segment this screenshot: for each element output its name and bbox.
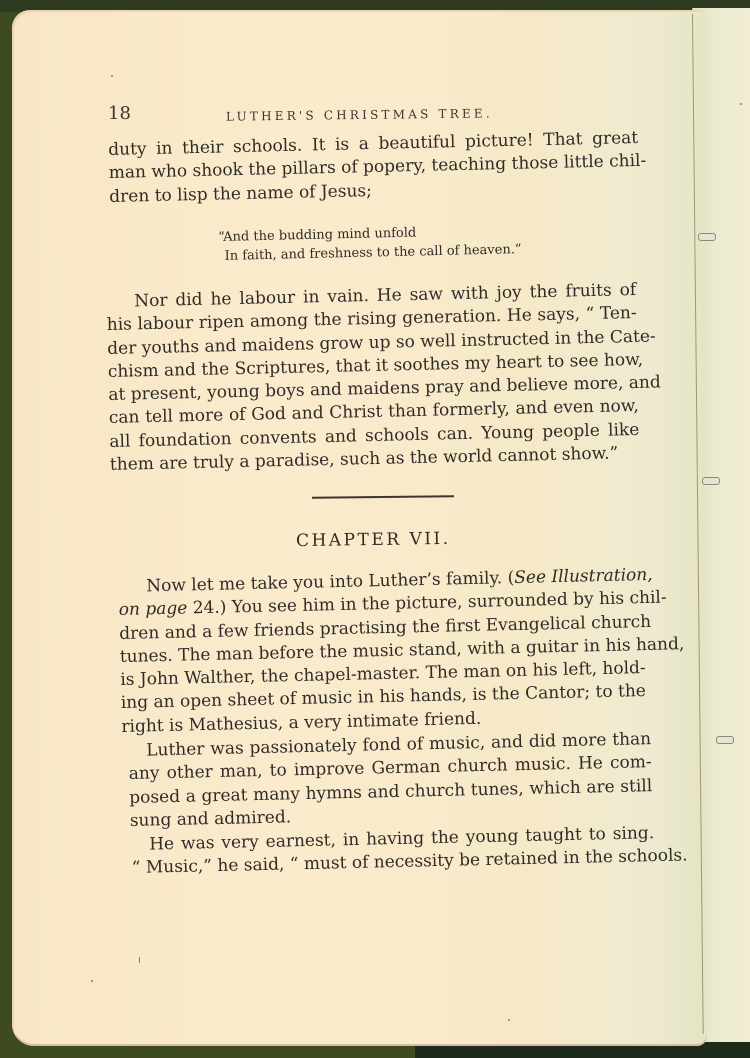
binding-stitch [716,736,734,744]
paper-speck [740,103,742,105]
paragraph-continuation: duty in their schools. It is a beautiful… [108,127,639,209]
paragraph-labour: Nor did he labour in vain. He saw with j… [106,279,640,477]
verse-quote: “And the budding mind unfold In faith, a… [218,221,522,266]
binding-stitch [702,477,720,485]
binding-stitch [698,233,716,241]
chapter-paragraph-2: Luther was passionately fond of music, a… [128,728,653,833]
paper-speck [111,75,113,77]
paper-speck [91,980,93,982]
chapter-paragraph-1: Now let me take you into Luther’s family… [118,564,647,739]
chapter-heading: CHAPTER VII. [296,529,451,551]
page-number: 18 [108,103,131,124]
illustration-reference: on page [119,599,188,621]
paper-speck [139,957,140,963]
illustration-reference: See Illustration, [514,565,653,588]
paper-speck [508,1019,510,1021]
